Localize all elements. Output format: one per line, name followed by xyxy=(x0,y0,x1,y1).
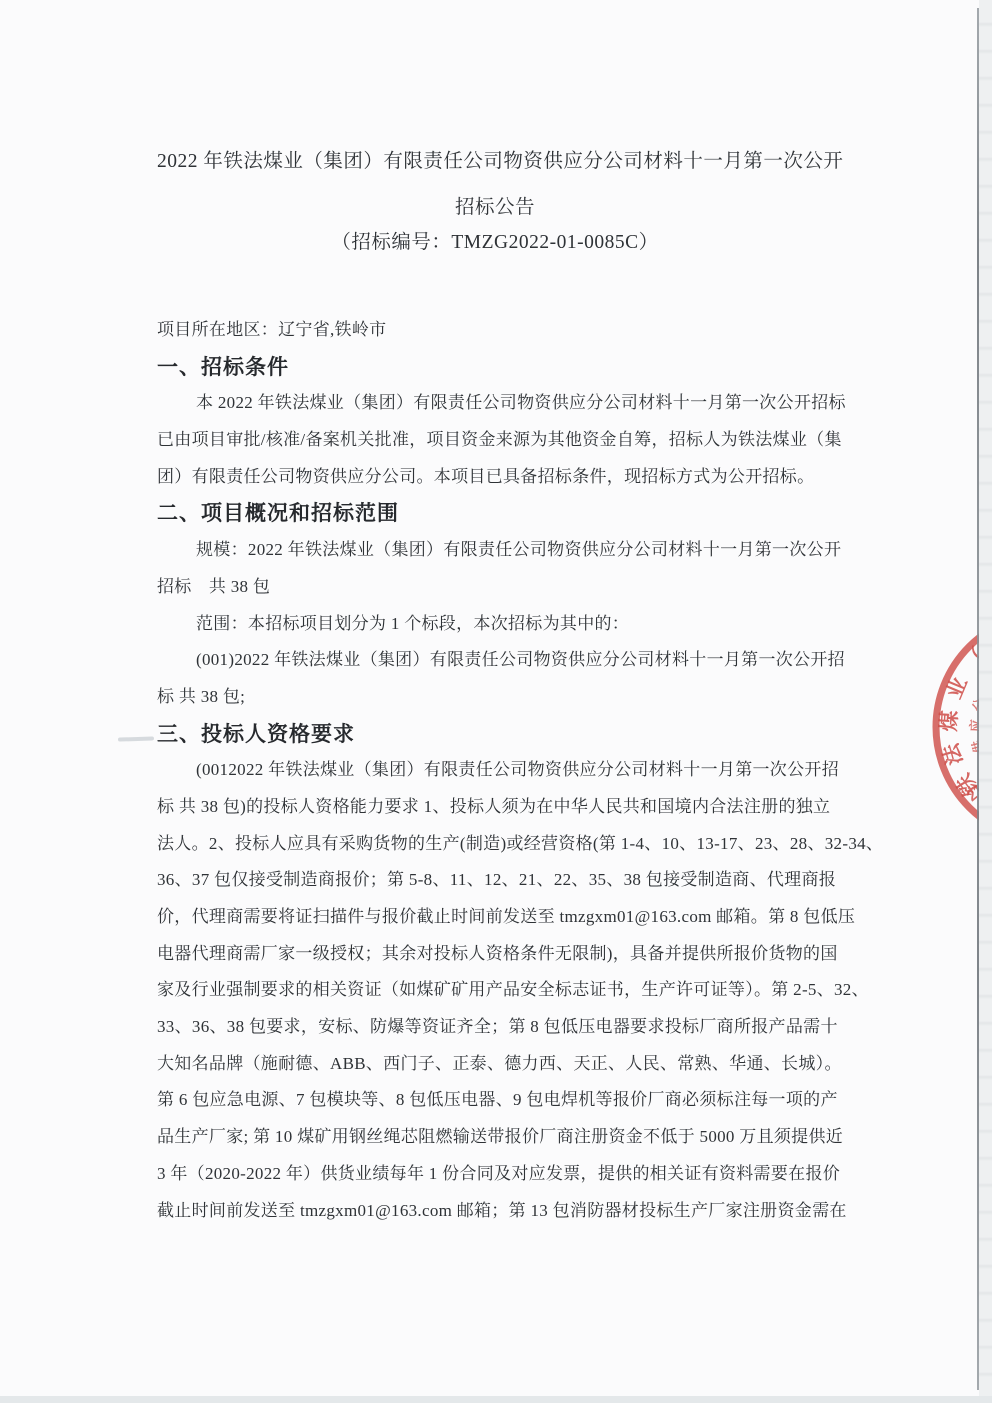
document-page: 2022 年铁法煤业（集团）有限责任公司物资供应分公司材料十一月第一次公开 招标… xyxy=(0,0,992,1403)
text-line: 截止时间前发送至 tmzgxm01@163.com 邮箱；第 13 包消防器材投… xyxy=(157,1199,833,1236)
text-line: 大知名品牌（施耐德、ABB、西门子、正泰、德力西、天正、人民、常熟、华通、长城）… xyxy=(157,1052,833,1089)
seal-char: 业 xyxy=(943,674,972,702)
section-heading: 一、招标条件 xyxy=(157,355,833,392)
scan-edge-strip xyxy=(979,0,992,1403)
text-line: 团）有限责任公司物资供应分公司。本项目已具备招标条件，现招标方式为公开招标。 xyxy=(157,465,833,502)
document-title: 2022 年铁法煤业（集团）有限责任公司物资供应分公司材料十一月第一次公开 招标… xyxy=(157,150,833,266)
section-heading: 二、项目概况和招标范围 xyxy=(157,501,833,538)
seal-char: 煤 xyxy=(937,710,962,733)
document-content: 2022 年铁法煤业（集团）有限责任公司物资供应分公司材料十一月第一次公开 招标… xyxy=(157,150,833,1235)
text-line: 已由项目审批/核准/备案机关批准，项目资金来源为其他资金自筹，招标人为铁法煤业（… xyxy=(157,428,833,465)
text-line: 价，代理商需要将证扫描件与报价截止时间前发送至 tmzgxm01@163.com… xyxy=(157,905,833,942)
text-line: 标 共 38 包)的投标人资格能力要求 1、投标人须为在中华人民共和国境内合法注… xyxy=(157,795,833,832)
text-line: (001)2022 年铁法煤业（集团）有限责任公司物资供应分公司材料十一月第一次… xyxy=(157,648,833,685)
text-line: 范围：本招标项目划分为 1 个标段，本次招标为其中的： xyxy=(157,612,833,649)
text-line: 第 6 包应急电源、7 包模块等、8 包低压电器、9 包电焊机等报价厂商必须标注… xyxy=(157,1088,833,1125)
scan-bottom-strip xyxy=(0,1396,992,1403)
text-line: 规模：2022 年铁法煤业（集团）有限责任公司物资供应分公司材料十一月第一次公开 xyxy=(157,538,833,575)
document-body: 项目所在地区：辽宁省,铁岭市一、招标条件本 2022 年铁法煤业（集团）有限责任… xyxy=(157,318,833,1235)
title-line-1: 2022 年铁法煤业（集团）有限责任公司物资供应分公司材料十一月第一次公开 xyxy=(157,150,833,196)
title-line-2: 招标公告 xyxy=(157,196,833,231)
text-line: 33、36、38 包要求，安标、防爆等资证齐全；第 8 包低压电器要求投标厂商所… xyxy=(157,1015,833,1052)
text-line: 品生产厂家; 第 10 煤矿用钢丝绳芯阻燃输送带报价厂商注册资金不低于 5000… xyxy=(157,1125,833,1162)
text-line: 电器代理商需厂家一级授权；其余对投标人资格条件无限制)，具备并提供所报价货物的国 xyxy=(157,942,833,979)
text-line: 本 2022 年铁法煤业（集团）有限责任公司物资供应分公司材料十一月第一次公开招… xyxy=(157,391,833,428)
scan-smudge xyxy=(118,736,154,741)
text-line: (0012022 年铁法煤业（集团）有限责任公司物资供应分公司材料十一月第一次公… xyxy=(157,758,833,795)
section-heading: 三、投标人资格要求 xyxy=(157,722,833,759)
text-line: 家及行业强制要求的相关资证（如煤矿矿用产品安全标志证书，生产许可证等）。第 2-… xyxy=(157,978,833,1015)
seal-char: 法 xyxy=(938,740,967,768)
text-line: 法人。2、投标人应具有采购货物的生产(制造)或经营资格(第 1-4、10、13-… xyxy=(157,832,833,869)
tender-number: （招标编号：TMZG2022-01-0085C） xyxy=(157,231,833,266)
text-line: 标 共 38 包; xyxy=(157,685,833,722)
text-line: 项目所在地区：辽宁省,铁岭市 xyxy=(157,318,833,355)
text-line: 36、37 包仅接受制造商报价；第 5-8、11、12、21、22、35、38 … xyxy=(157,868,833,905)
text-line: 3 年（2020-2022 年）供货业绩每年 1 份合同及对应发票，提供的相关证… xyxy=(157,1162,833,1199)
text-line: 招标 共 38 包 xyxy=(157,575,833,612)
